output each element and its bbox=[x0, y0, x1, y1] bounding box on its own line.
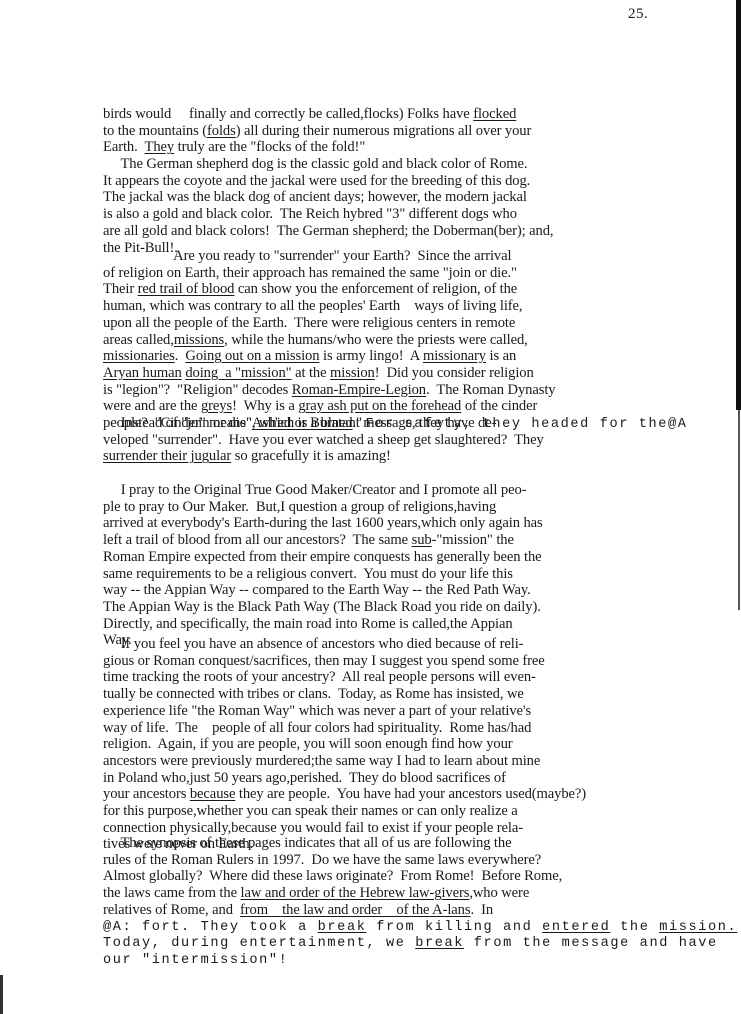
text-span: . bbox=[175, 348, 186, 364]
text-line: Directly, and specifically, the main roa… bbox=[103, 616, 513, 633]
text-line: experience life "the Roman Way" which wa… bbox=[103, 703, 531, 720]
text-line: the laws came from the law and order of … bbox=[103, 885, 529, 902]
text-span: upon all the people of the Earth. There … bbox=[103, 315, 515, 331]
text-span: left a trail of blood from all our ances… bbox=[103, 532, 412, 548]
text-line: veloped "surrender". Have you ever watch… bbox=[103, 432, 544, 449]
scan-edge-shadow bbox=[738, 410, 740, 610]
underlined-text: greys bbox=[201, 398, 232, 414]
text-span: The jackal was the black dog of ancient … bbox=[103, 189, 527, 205]
text-span: relatives of Rome, and bbox=[103, 902, 240, 918]
text-line: birds would finally and correctly be cal… bbox=[103, 106, 516, 123]
text-line: arrived at everybody's Earth-during the … bbox=[103, 515, 543, 532]
underlined-text: because bbox=[190, 786, 235, 802]
text-span: is an bbox=[486, 348, 516, 364]
text-span: the laws came from the bbox=[103, 885, 241, 901]
text-line: is "legion"? "Religion" decodes Roman-Em… bbox=[103, 382, 555, 399]
underlined-text: surrender their jugular bbox=[103, 448, 231, 464]
text-span: The German shepherd dog is the classic g… bbox=[103, 156, 527, 172]
text-span: Instead of "join or die", which is a bla… bbox=[103, 415, 496, 431]
page-number: 25. bbox=[628, 6, 648, 23]
text-line: way -- the Appian Way -- compared to the… bbox=[103, 582, 531, 599]
text-line: way of life. The people of all four colo… bbox=[103, 720, 531, 737]
underlined-text: doing a "mission" bbox=[185, 365, 291, 381]
text-line: Roman Empire expected from their empire … bbox=[103, 549, 542, 566]
underlined-text: mission bbox=[330, 365, 375, 381]
text-line: The synopsis of these pages indicates th… bbox=[103, 835, 511, 852]
text-line: are all gold and black colors! The Germa… bbox=[103, 223, 553, 240]
text-line: The German shepherd dog is the classic g… bbox=[103, 156, 527, 173]
text-line: for this purpose,whether you can speak t… bbox=[103, 803, 518, 820]
underlined-text: mission. bbox=[659, 920, 737, 935]
text-span: Their bbox=[103, 281, 138, 297]
text-line: in Poland who,just 50 years ago,perished… bbox=[103, 770, 506, 787]
text-span: . In bbox=[470, 902, 493, 918]
text-span: time tracking the roots of your ancestry… bbox=[103, 669, 536, 685]
text-span: areas called, bbox=[103, 332, 174, 348]
text-span: were and are the bbox=[103, 398, 201, 414]
text-span: is army lingo! A bbox=[319, 348, 423, 364]
underlined-text: gray ash put on the forehead bbox=[298, 398, 461, 414]
underlined-text: sub bbox=[412, 532, 432, 548]
text-span: Are you ready to "surrender" your Earth?… bbox=[103, 248, 511, 264]
text-line: is also a gold and black color. The Reic… bbox=[103, 206, 517, 223]
text-line: tually be connected with tribes or clans… bbox=[103, 686, 524, 703]
text-span: If you feel you have an absence of ances… bbox=[103, 636, 523, 652]
text-line: same requirements to be a religious conv… bbox=[103, 566, 513, 583]
text-span: birds would finally and correctly be cal… bbox=[103, 106, 473, 122]
text-span: ! Why is a bbox=[232, 398, 298, 414]
document-page: 25. birds would finally and correctly be… bbox=[0, 0, 741, 1014]
text-span: is also a gold and black color. The Reic… bbox=[103, 206, 517, 222]
text-line: areas called,missions, while the humans/… bbox=[103, 332, 528, 349]
underlined-text: red trail of blood bbox=[138, 281, 235, 297]
text-line: our "intermission"! bbox=[103, 951, 288, 969]
text-span: ,who were bbox=[469, 885, 529, 901]
underlined-text: law and order of the Hebrew law-givers bbox=[241, 885, 470, 901]
underlined-text: flocked bbox=[473, 106, 516, 122]
text-span: veloped "surrender". Have you ever watch… bbox=[103, 432, 544, 448]
text-span: human, which was contrary to all the peo… bbox=[103, 298, 522, 314]
text-line: If you feel you have an absence of ances… bbox=[103, 636, 523, 653]
text-span: for this purpose,whether you can speak t… bbox=[103, 803, 518, 819]
text-span: experience life "the Roman Way" which wa… bbox=[103, 703, 531, 719]
text-span: ple to pray to Our Maker. But,I question… bbox=[103, 499, 496, 515]
text-span: Roman Empire expected from their empire … bbox=[103, 549, 542, 565]
text-line: of religion on Earth, their approach has… bbox=[103, 265, 517, 282]
text-span: so gracefully it is amazing! bbox=[231, 448, 391, 464]
text-line: Their red trail of blood can show you th… bbox=[103, 281, 517, 298]
underlined-text: They bbox=[145, 139, 175, 155]
underlined-text: Aryan human bbox=[103, 365, 182, 381]
text-line: religion. Again, if you are people, you … bbox=[103, 736, 513, 753]
underlined-text: folds bbox=[207, 123, 236, 139]
text-span: way of life. The people of all four colo… bbox=[103, 720, 531, 736]
text-line: left a trail of blood from all our ances… bbox=[103, 532, 514, 549]
text-span: the bbox=[610, 920, 659, 935]
text-span: way -- the Appian Way -- compared to the… bbox=[103, 582, 531, 598]
text-span: The synopsis of these pages indicates th… bbox=[103, 835, 511, 851]
text-line: time tracking the roots of your ancestry… bbox=[103, 669, 536, 686]
text-line: Instead of "join or die", which is a bla… bbox=[103, 415, 496, 432]
text-line: Aryan human doing a "mission" at the mis… bbox=[103, 365, 534, 382]
text-span: truly are the "flocks of the fold!" bbox=[174, 139, 365, 155]
text-line: Earth. They truly are the "flocks of the… bbox=[103, 139, 365, 156]
text-line: Almost globally? Where did these laws or… bbox=[103, 868, 562, 885]
text-line: surrender their jugular so gracefully it… bbox=[103, 448, 391, 465]
underlined-text: Going out on a mission bbox=[185, 348, 319, 364]
text-span: rules of the Roman Rulers in 1997. Do we… bbox=[103, 852, 541, 868]
text-span: to the mountains ( bbox=[103, 123, 207, 139]
text-line: were and are the greys! Why is a gray as… bbox=[103, 398, 537, 415]
text-span: @A: fort. They took a bbox=[103, 920, 318, 935]
underlined-text: break bbox=[415, 936, 464, 951]
text-line: missionaries. Going out on a mission is … bbox=[103, 348, 516, 365]
text-span: Almost globally? Where did these laws or… bbox=[103, 868, 562, 884]
underlined-text: missionaries bbox=[103, 348, 175, 364]
text-span: are all gold and black colors! The Germa… bbox=[103, 223, 553, 239]
text-span: ancestors were previously murdered;the s… bbox=[103, 753, 540, 769]
text-line: ple to pray to Our Maker. But,I question… bbox=[103, 499, 496, 516]
text-line: I pray to the Original True Good Maker/C… bbox=[103, 482, 526, 499]
underlined-text: entered bbox=[542, 920, 610, 935]
text-span: in Poland who,just 50 years ago,perished… bbox=[103, 770, 506, 786]
text-line: gious or Roman conquest/sacrifices, then… bbox=[103, 653, 545, 670]
text-span: they are people. You have had your ances… bbox=[235, 786, 586, 802]
text-line: @A: fort. They took a break from killing… bbox=[103, 918, 737, 936]
text-line: your ancestors because they are people. … bbox=[103, 786, 586, 803]
text-span: Today, during entertainment, we bbox=[103, 936, 415, 951]
text-span: ) all during their numerous migrations a… bbox=[236, 123, 532, 139]
text-line: to the mountains (folds) all during thei… bbox=[103, 123, 531, 140]
text-span: . The Roman Dynasty bbox=[426, 382, 555, 398]
text-span: from killing and bbox=[366, 920, 542, 935]
text-span: from the message and have bbox=[464, 936, 718, 951]
text-span: religion. Again, if you are people, you … bbox=[103, 736, 513, 752]
text-span: gious or Roman conquest/sacrifices, then… bbox=[103, 653, 545, 669]
text-span: ! Did you consider religion bbox=[375, 365, 534, 381]
text-line: The Appian Way is the Black Path Way (Th… bbox=[103, 599, 541, 616]
text-span: our "intermission"! bbox=[103, 953, 288, 968]
text-span: , while the humans/who were the priests … bbox=[224, 332, 528, 348]
text-span: The Appian Way is the Black Path Way (Th… bbox=[103, 599, 541, 615]
text-line: Are you ready to "surrender" your Earth?… bbox=[103, 248, 511, 265]
scan-edge-shadow bbox=[736, 0, 741, 410]
text-span: of religion on Earth, their approach has… bbox=[103, 265, 517, 281]
text-span: can show you the enforcement of religion… bbox=[234, 281, 517, 297]
text-line: It appears the coyote and the jackal wer… bbox=[103, 173, 530, 190]
text-span: I pray to the Original True Good Maker/C… bbox=[103, 482, 526, 498]
text-line: human, which was contrary to all the peo… bbox=[103, 298, 522, 315]
text-line: upon all the people of the Earth. There … bbox=[103, 315, 515, 332]
text-line: The jackal was the black dog of ancient … bbox=[103, 189, 527, 206]
text-span: tually be connected with tribes or clans… bbox=[103, 686, 524, 702]
text-line: Today, during entertainment, we break fr… bbox=[103, 934, 718, 952]
text-line: ancestors were previously murdered;the s… bbox=[103, 753, 540, 770]
underlined-text: from the law and order of the A-lans bbox=[240, 902, 470, 918]
underlined-text: missions bbox=[174, 332, 224, 348]
text-span: is "legion"? "Religion" decodes bbox=[103, 382, 292, 398]
underlined-text: break bbox=[318, 920, 367, 935]
text-line: rules of the Roman Rulers in 1997. Do we… bbox=[103, 852, 541, 869]
text-span: your ancestors bbox=[103, 786, 190, 802]
text-span: Directly, and specifically, the main roa… bbox=[103, 616, 513, 632]
scan-edge-shadow bbox=[0, 975, 3, 1014]
text-span: Earth. bbox=[103, 139, 145, 155]
text-span: -"mission" the bbox=[432, 532, 514, 548]
text-span: It appears the coyote and the jackal wer… bbox=[103, 173, 530, 189]
text-span: same requirements to be a religious conv… bbox=[103, 566, 513, 582]
text-line: relatives of Rome, and from the law and … bbox=[103, 902, 493, 919]
underlined-text: Roman-Empire-Legion bbox=[292, 382, 426, 398]
text-span: connection physically,because you would … bbox=[103, 820, 523, 836]
underlined-text: missionary bbox=[423, 348, 486, 364]
text-span: at the bbox=[292, 365, 331, 381]
text-span: arrived at everybody's Earth-during the … bbox=[103, 515, 543, 531]
text-span: of the cinder bbox=[461, 398, 537, 414]
